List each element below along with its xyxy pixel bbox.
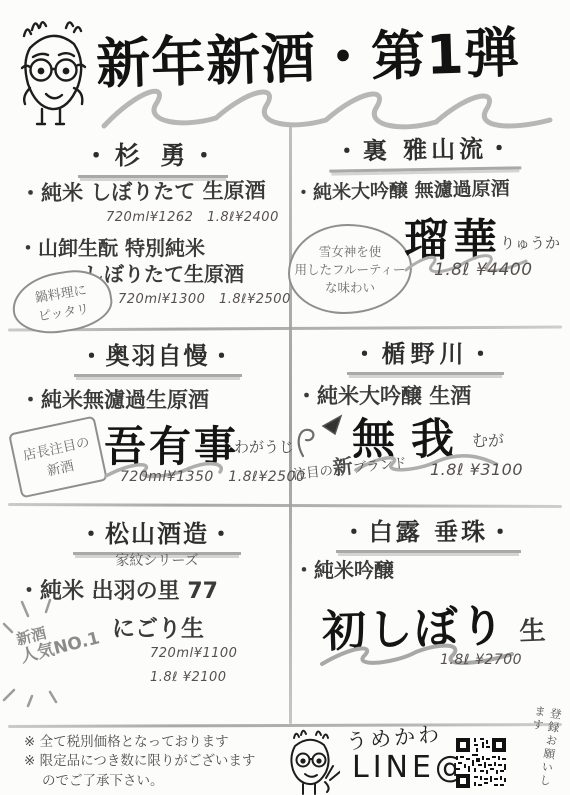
furigana: むが xyxy=(472,428,504,451)
grid-divider-row1 xyxy=(8,326,562,331)
brand-name: 瑠華 xyxy=(404,204,502,268)
mascot-face-icon xyxy=(10,16,98,128)
header-text: ・杉 勇・ xyxy=(78,136,229,178)
price: 1.8ℓ ¥2700 xyxy=(440,652,522,668)
price: 1.8ℓ ¥2100 xyxy=(150,670,227,685)
bubble-text: 新酒 xyxy=(45,454,76,479)
price: 720ml¥1100 xyxy=(150,646,237,661)
qr-code xyxy=(456,738,506,788)
brand-note: 注目の新ブランド xyxy=(291,444,408,485)
header-text: ・松山酒造・ xyxy=(73,514,241,555)
note-emphasis: 新 xyxy=(331,454,353,480)
sake-item: ・山卸生酛 特別純米 xyxy=(18,232,205,261)
grid-divider-row2 xyxy=(8,503,562,507)
qr-caption: 登録お願いします xyxy=(519,704,564,795)
sake-item: ・純米 出羽の里 77 xyxy=(18,574,218,605)
flyer-title: 新年新酒・第1弾 xyxy=(95,10,521,99)
brand-name: 初しぼり xyxy=(321,600,507,657)
header-text: ・楯野川・ xyxy=(347,334,504,375)
sake-item: ・純米大吟醸 無濾過原酒 xyxy=(294,174,510,206)
furigana: わがうじ xyxy=(234,436,294,457)
brand-suffix: 生 xyxy=(519,616,546,647)
price: 720ml¥1300 1.8ℓ¥2500 xyxy=(118,288,291,307)
section-tatenokawa-header: ・楯野川・ xyxy=(320,334,530,375)
sake-item-line2: しぼりたて生原酒 xyxy=(84,258,244,287)
note-text: ブランド xyxy=(352,455,407,477)
sake-flyer: 新年新酒・第1弾 ・杉 勇・ ・純米 しぼりたて 生原酒 720ml¥1262 … xyxy=(0,0,570,795)
footer-note: ※ 全て税別価格となっております xyxy=(24,730,229,750)
sake-item-line2: にごり生 xyxy=(112,610,204,643)
series-subtitle: 家紋シリーズ xyxy=(48,550,266,570)
footer-note: のでご了承下さい。 xyxy=(42,769,164,789)
price: 1.8ℓ ¥3100 xyxy=(430,460,523,479)
footer-note: ※ 限定品につき数に限りがございます xyxy=(24,749,255,769)
grid-divider-footer xyxy=(8,723,562,727)
section-hakuro-suishu-header: ・白露 垂珠・ xyxy=(316,512,541,553)
furigana: りゅうか xyxy=(500,232,560,253)
header-text: ・奥羽自慢・ xyxy=(74,336,242,377)
sake-item: ・純米無濾過生原酒 xyxy=(20,384,209,414)
section-ouu-jiman-header: ・奥羽自慢・ xyxy=(50,336,265,377)
line-account-label: LINE@ xyxy=(352,750,469,785)
sake-item: ・純米 しぼりたて 生原酒 xyxy=(20,175,266,208)
brand-row: 初しぼり 生 xyxy=(321,588,546,660)
note-text: 注目の xyxy=(292,463,334,483)
price: 720ml¥1262 1.8ℓ¥2400 xyxy=(106,206,279,225)
section-sugiyu-header: ・杉 勇・ xyxy=(48,136,258,178)
bubble-text: 用したフルーティー xyxy=(294,260,405,278)
mascot-face-peace-icon xyxy=(282,728,340,795)
sake-item: ・純米吟醸 xyxy=(294,554,394,583)
cloud-bubble: 雪女神を使 用したフルーティー な味わい xyxy=(288,224,412,314)
brand-name: 吾有事 xyxy=(104,414,239,474)
header-text: ・白露 垂珠・ xyxy=(336,512,521,553)
header-text: ・裏 雅山流・ xyxy=(328,128,521,172)
bubble-text: な味わい xyxy=(325,278,375,296)
section-ura-gasanryu-header: ・裏 雅山流・ xyxy=(300,128,551,173)
grid-divider-vertical xyxy=(289,126,292,724)
popularity-badge: 新酒 人気NO.1 xyxy=(15,613,102,668)
bubble-text: 雪女神を使 xyxy=(319,242,382,260)
tag-bubble: 店長注目の 新酒 xyxy=(8,416,108,499)
price: 1.8ℓ ¥4400 xyxy=(434,260,533,280)
section-matsuyama-header: ・松山酒造・ xyxy=(48,514,266,555)
price: 720ml¥1350 1.8ℓ¥2500 xyxy=(120,466,305,486)
